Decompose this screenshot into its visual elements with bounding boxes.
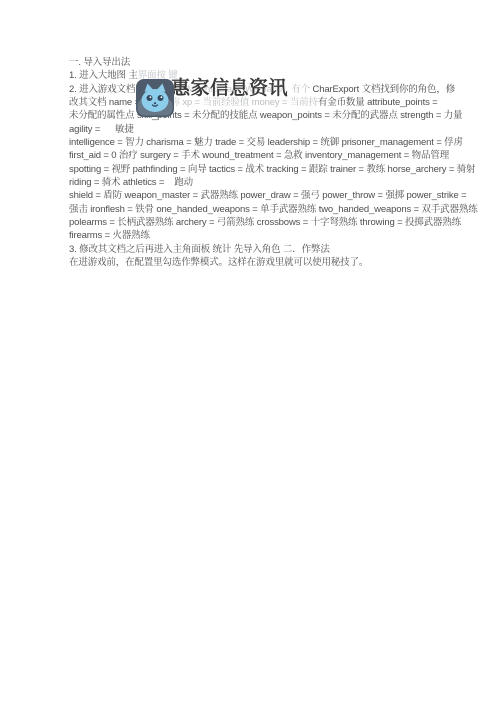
text-segment: 在进游戏前，在配置里勾选作弊模式。这样在游戏里就可以使用秘技了。 — [69, 257, 368, 268]
app-logo-icon — [136, 79, 174, 117]
text-line: 在进游戏前，在配置里勾选作弊模式。这样在游戏里就可以使用秘技了。 — [69, 256, 447, 269]
text-line: 一. 导入导出法 — [69, 56, 447, 69]
text-segment: 3. 修改其文档之后再进入主角面板 统计 先导入角色 二．作弊法 — [69, 244, 330, 255]
text-segment: 未分配的属性点 skill_points = 未分配的技能点 weapon_po… — [69, 110, 462, 121]
text-segment: polearms = 长柄武器熟练 archery = 弓箭熟练 crossbo… — [69, 217, 461, 228]
text-line: intelligence = 智力 charisma = 魅力 trade = … — [69, 136, 447, 149]
text-line: 3. 修改其文档之后再进入主角面板 统计 先导入角色 二．作弊法 — [69, 243, 447, 256]
text-line: first_aid = 0 治疗 surgery = 手术 wound_trea… — [69, 149, 447, 162]
text-line: riding = 骑术 athletics = 跑动 — [69, 176, 447, 189]
text-segment: intelligence = 智力 charisma = 魅力 trade = … — [69, 137, 463, 148]
text-segment: 有金币数量 attribute_points = — [318, 97, 438, 108]
text-segment: shield = 盾防 weapon_master = 武器熟练 power_d… — [69, 190, 466, 201]
text-segment: 强击 ironflesh = 铁骨 one_handed_weapons = 单… — [69, 204, 478, 215]
text-segment: 1. 进入大地图 主 — [69, 70, 138, 81]
document-page: 一. 导入导出法1. 进入大地图 主界面按 键2. 进入游戏文档 （我的文档 M… — [0, 0, 500, 707]
text-segment: first_aid = 0 治疗 surgery = 手术 wound_trea… — [69, 150, 449, 161]
text-segment: 2. 进入游戏文档 — [69, 84, 138, 95]
text-segment: spotting = 视野 pathfinding = 向导 tactics =… — [69, 164, 475, 175]
text-line: polearms = 长柄武器熟练 archery = 弓箭熟练 crossbo… — [69, 216, 447, 229]
text-line: agility = 敏捷 — [69, 123, 447, 136]
text-line: shield = 盾防 weapon_master = 武器熟练 power_d… — [69, 189, 447, 202]
text-segment: firearms = 火器熟练 — [69, 230, 150, 241]
text-line: 强击 ironflesh = 铁骨 one_handed_weapons = 单… — [69, 203, 447, 216]
text-line: firearms = 火器熟练 — [69, 229, 447, 242]
text-segment: 一. 导入导出法 — [69, 57, 130, 68]
text-segment: riding = 骑术 athletics = 跑动 — [69, 177, 193, 188]
text-segment: 改其文档 name = — [69, 97, 142, 108]
text-line: 未分配的属性点 skill_points = 未分配的技能点 weapon_po… — [69, 109, 447, 122]
text-segment: agility = 敏捷 — [69, 124, 134, 135]
text-line: spotting = 视野 pathfinding = 向导 tactics =… — [69, 163, 447, 176]
text-segment: CharExport 文档找到你的角色，修 — [310, 84, 455, 95]
watermark-brand-title: 惠家信息资讯 — [171, 78, 288, 99]
